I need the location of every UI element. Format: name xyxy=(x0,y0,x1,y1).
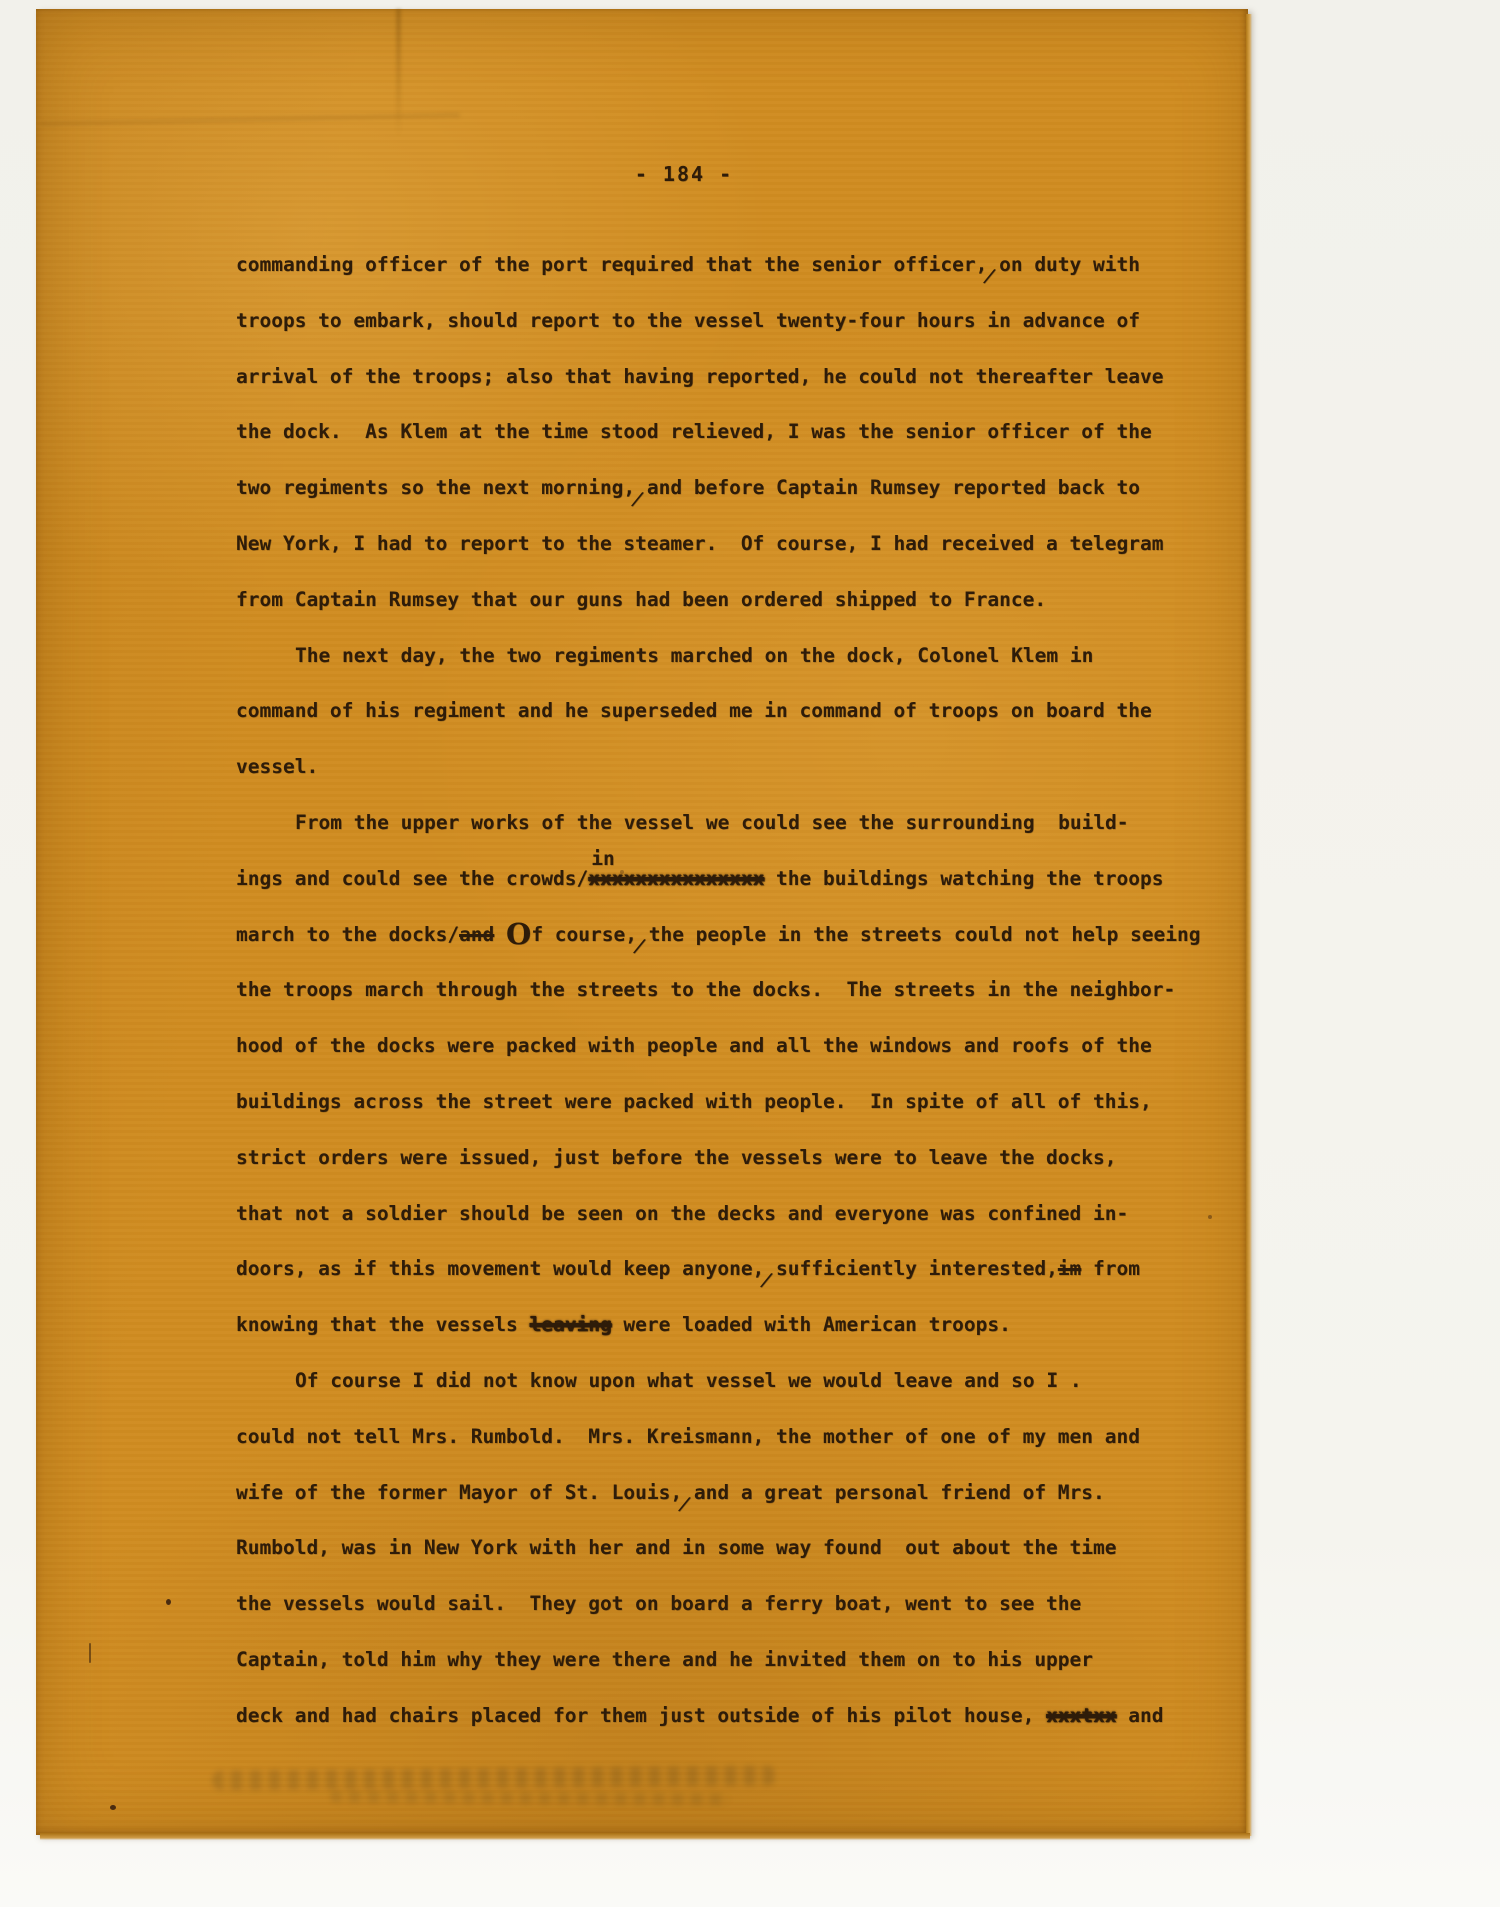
text-line: New York, I had to report to the steamer… xyxy=(236,516,1226,572)
text-line: that not a soldier should be seen on the… xyxy=(236,1186,1226,1242)
text-segment: two regiments so the next morning, xyxy=(236,476,635,499)
text-segment: Of course I did not know upon what vesse… xyxy=(295,1369,1082,1392)
text-segment: buildings across the street were packed … xyxy=(236,1090,1152,1113)
text-line: the troops march through the streets to … xyxy=(236,962,1226,1018)
text-line: could not tell Mrs. Rumbold. Mrs. Kreism… xyxy=(236,1409,1226,1465)
text-segment: The next day, the two regiments marched … xyxy=(295,644,1093,667)
text-segment: strict orders were issued, just before t… xyxy=(236,1146,1117,1169)
text-segment: f course, xyxy=(531,923,637,946)
text-segment: commanding officer of the port required … xyxy=(236,253,987,276)
text-segment: knowing that the vessels xyxy=(236,1313,530,1336)
typewritten-text: commanding officer of the port required … xyxy=(236,237,1226,1744)
text-segment: From the upper works of the vessel we co… xyxy=(295,811,1129,834)
text-line: troops to embark, should report to the v… xyxy=(236,293,1226,349)
text-segment: march to the docks/ xyxy=(236,923,459,946)
text-segment: and a great personal friend of Mrs. xyxy=(682,1481,1105,1504)
ink-scratch xyxy=(89,1643,91,1663)
text-line: hood of the docks were packed with peopl… xyxy=(236,1018,1226,1074)
struck-out-text: and xyxy=(459,923,494,946)
text-segment: Captain, told him why they were there an… xyxy=(236,1648,1093,1671)
text-line: deck and had chairs placed for them just… xyxy=(236,1688,1226,1744)
text-segment: the people in the streets could not help… xyxy=(637,923,1201,946)
ink-speck xyxy=(110,1805,116,1810)
text-line: from Captain Rumsey that our guns had be… xyxy=(236,572,1226,628)
page-number: - 184 - xyxy=(635,162,733,186)
struck-out-text: xxxtxx xyxy=(1046,1704,1116,1727)
text-segment: from Captain Rumsey that our guns had be… xyxy=(236,588,1046,611)
text-segment: and before Captain Rumsey reported back … xyxy=(635,476,1140,499)
text-segment: from xyxy=(1081,1257,1140,1280)
text-segment: the dock. As Klem at the time stood reli… xyxy=(236,420,1152,443)
scanned-document: - 184 - commanding officer of the port r… xyxy=(0,0,1500,1907)
struck-out-text: leaving xyxy=(530,1313,612,1336)
text-segment: hood of the docks were packed with peopl… xyxy=(236,1034,1152,1057)
text-segment xyxy=(494,923,506,946)
text-line: march to the docks/and Of course,/ the p… xyxy=(236,907,1226,963)
text-segment: vessel. xyxy=(236,755,318,778)
text-line: wife of the former Mayor of St. Louis,/ … xyxy=(236,1465,1226,1521)
text-line: two regiments so the next morning,/ and … xyxy=(236,460,1226,516)
paper-right-edge xyxy=(1246,14,1252,1836)
text-segment: the troops march through the streets to … xyxy=(236,978,1175,1001)
struck-out-text: xxxxxxxxxxxxxxx xyxy=(588,867,764,890)
text-line: arrival of the troops; also that having … xyxy=(236,349,1226,405)
text-segment: Rumbold, was in New York with her and in… xyxy=(236,1536,1117,1559)
ink-speck xyxy=(1208,1215,1212,1219)
text-line: vessel. xyxy=(236,739,1226,795)
text-segment: troops to embark, should report to the v… xyxy=(236,309,1140,332)
text-line: The next day, the two regiments marched … xyxy=(236,628,1226,684)
text-segment: the vessels would sail. They got on boar… xyxy=(236,1592,1081,1615)
text-segment: were loaded with American troops. xyxy=(612,1313,1011,1336)
corrected-capital-letter: O xyxy=(506,917,531,951)
text-segment: sufficiently interested, xyxy=(764,1257,1058,1280)
text-line: the dock. As Klem at the time stood reli… xyxy=(236,404,1226,460)
ink-speck xyxy=(166,1599,171,1605)
text-line: commanding officer of the port required … xyxy=(236,237,1226,293)
text-segment: on duty with xyxy=(987,253,1140,276)
text-segment: wife of the former Mayor of St. Louis, xyxy=(236,1481,682,1504)
text-line: buildings across the street were packed … xyxy=(236,1074,1226,1130)
text-segment: could not tell Mrs. Rumbold. Mrs. Kreism… xyxy=(236,1425,1140,1448)
text-segment: ings and could see the crowds/ xyxy=(236,867,588,890)
text-line: command of his regiment and he supersede… xyxy=(236,683,1226,739)
struck-out-text: im xyxy=(1058,1257,1081,1280)
text-line: Of course I did not know upon what vesse… xyxy=(236,1353,1226,1409)
text-line: strict orders were issued, just before t… xyxy=(236,1130,1226,1186)
text-line: doors, as if this movement would keep an… xyxy=(236,1241,1226,1297)
text-segment: arrival of the troops; also that having … xyxy=(236,365,1163,388)
paper-bottom-edge xyxy=(40,1833,1250,1840)
text-line: Rumbold, was in New York with her and in… xyxy=(236,1520,1226,1576)
text-segment: that not a soldier should be seen on the… xyxy=(236,1202,1128,1225)
text-segment: and xyxy=(1117,1704,1164,1727)
text-line: knowing that the vessels leaving were lo… xyxy=(236,1297,1226,1353)
text-segment: the buildings watching the troops xyxy=(764,867,1163,890)
text-line: the vessels would sail. They got on boar… xyxy=(236,1576,1226,1632)
text-line: Captain, told him why they were there an… xyxy=(236,1632,1226,1688)
text-line: From the upper works of the vessel we co… xyxy=(236,795,1226,851)
text-segment: deck and had chairs placed for them just… xyxy=(236,1704,1046,1727)
text-segment: command of his regiment and he supersede… xyxy=(236,699,1152,722)
text-segment: doors, as if this movement would keep an… xyxy=(236,1257,764,1280)
text-line: ings and could see the crowds/inxxxxxxxx… xyxy=(236,851,1226,907)
ink-speck xyxy=(620,870,624,874)
text-segment: New York, I had to report to the steamer… xyxy=(236,532,1163,555)
